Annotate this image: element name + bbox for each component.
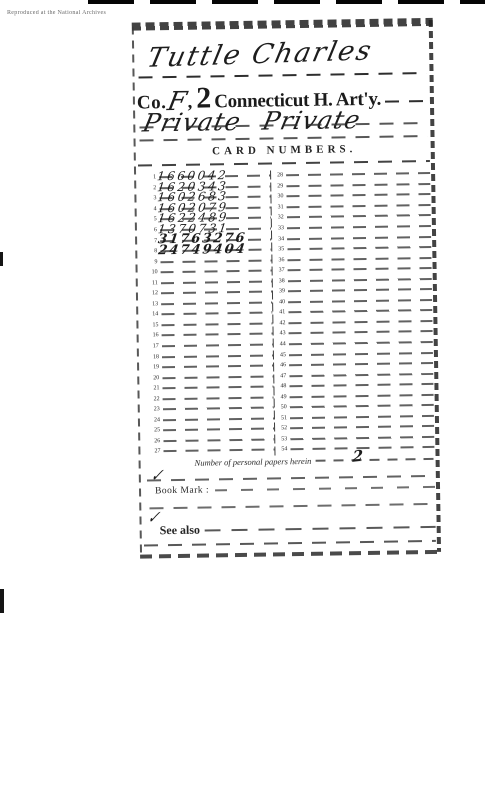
row-number: 30	[273, 194, 283, 200]
row-number: 19	[149, 364, 159, 370]
dashed-line	[286, 193, 430, 197]
card-numbers-column-right: 2829303132333435363738394041424344454647…	[273, 168, 434, 455]
row-number: 8	[147, 248, 157, 254]
row-number: 52	[277, 426, 287, 432]
row-number: 1	[146, 175, 156, 181]
scan-artifact	[0, 589, 4, 613]
see-also-line: See also	[160, 519, 436, 538]
row-number: 48	[276, 383, 286, 389]
row-number: 16	[149, 333, 159, 339]
rank-line: Private Private	[140, 104, 430, 138]
dashed-line	[289, 383, 433, 387]
handwritten-rank-out: Private	[260, 105, 364, 136]
dashed-line	[287, 214, 431, 218]
row-number: 49	[277, 394, 287, 400]
row-number: 43	[276, 331, 286, 337]
row-number: 20	[149, 375, 159, 381]
row-number: 13	[148, 301, 158, 307]
dashed-line	[288, 288, 432, 292]
row-number: 41	[275, 310, 285, 316]
row-number: 39	[275, 289, 285, 295]
dashed-line	[205, 525, 436, 531]
row-number: 36	[274, 257, 284, 263]
dashed-line	[163, 407, 274, 411]
name-underline	[139, 72, 427, 79]
see-also-label: See also	[160, 523, 201, 539]
row-number: 29	[273, 183, 283, 189]
row-number: 40	[275, 299, 285, 305]
dashed-line	[287, 225, 431, 229]
row-number: 25	[150, 428, 160, 434]
row-number: 37	[275, 267, 285, 273]
row-number: 34	[274, 236, 284, 242]
row-number: 44	[276, 341, 286, 347]
row-number: 3	[146, 196, 156, 202]
handwritten-soldier-name: Tuttle Charles	[144, 33, 432, 73]
dashed-line	[288, 267, 432, 271]
dashed-line	[287, 204, 431, 208]
card-bottom-edge	[140, 550, 441, 559]
scan-edge-black-bar	[88, 0, 485, 4]
dashed-rule	[144, 540, 436, 547]
dashed-line	[289, 341, 433, 345]
row-number: 31	[274, 204, 284, 210]
personal-papers-line: Number of personal papers herein 2	[195, 454, 435, 468]
row-number: 51	[277, 415, 287, 421]
row-number: 6	[147, 227, 157, 233]
dashed-line	[287, 236, 431, 240]
dashed-line	[163, 396, 274, 400]
row-number: 45	[276, 352, 286, 358]
scanned-service-record-page: { "stamp": { "text": "Reproduced at the …	[0, 0, 485, 800]
handwritten-tick-mark: ✓	[149, 465, 164, 486]
row-number: 18	[149, 354, 159, 360]
dashed-line	[162, 343, 273, 347]
row-number: 38	[275, 278, 285, 284]
dashed-line	[162, 375, 273, 379]
dashed-line	[163, 417, 274, 421]
dashed-line	[289, 352, 433, 356]
book-mark-line: Book Mark :	[155, 482, 435, 496]
dashed-line	[289, 330, 433, 334]
dashed-line	[286, 172, 430, 176]
row-number: 9	[147, 259, 157, 265]
dashed-line	[286, 183, 430, 187]
row-number: 35	[274, 246, 284, 252]
row-number: 33	[274, 225, 284, 231]
dashed-line	[315, 458, 434, 462]
handwritten-rank-in: Private	[140, 107, 244, 138]
row-number: 54	[277, 447, 287, 453]
dashed-line	[161, 301, 272, 305]
card-numbers-column-left: 1166004221620343316026834160207951622489…	[146, 170, 274, 457]
card-top-edge	[132, 18, 433, 31]
dashed-line	[288, 278, 432, 282]
dashed-line	[290, 415, 434, 419]
dashed-line	[288, 309, 432, 313]
row-number: 12	[148, 291, 158, 297]
dashed-line	[290, 425, 434, 429]
row-number: 32	[274, 215, 284, 221]
dashed-line	[288, 299, 432, 303]
row-number: 53	[277, 436, 287, 442]
dashed-line	[289, 362, 433, 366]
personal-papers-label: Number of personal papers herein	[195, 456, 312, 468]
row-number: 47	[276, 373, 286, 379]
dashed-line	[290, 394, 434, 398]
service-record-card: Tuttle Charles Co. F , 2 Connecticut H. …	[132, 18, 441, 559]
dashed-line	[288, 320, 432, 324]
dashed-line	[162, 386, 273, 390]
dashed-rule	[147, 475, 435, 482]
dashed-line	[161, 312, 272, 316]
scan-artifact	[0, 252, 3, 266]
dashed-line	[290, 404, 434, 408]
dashed-line	[215, 486, 435, 491]
dashed-line	[287, 246, 431, 250]
row-number: 17	[149, 343, 159, 349]
dashed-line	[287, 257, 431, 261]
dashed-line	[163, 428, 274, 432]
dashed-line	[162, 365, 273, 369]
row-number: 26	[150, 438, 160, 444]
row-number: 27	[150, 449, 160, 455]
row-number: 24	[150, 417, 160, 423]
row-number: 11	[148, 280, 158, 286]
row-number: 28	[273, 173, 283, 179]
row-number: 42	[275, 320, 285, 326]
dashed-line	[160, 259, 271, 263]
row-number: 21	[149, 385, 159, 391]
dashed-line	[163, 449, 274, 453]
dashed-line	[163, 438, 274, 442]
archives-stamp: Reproduced at the National Archives	[7, 10, 106, 16]
dashed-line	[161, 322, 272, 326]
row-number: 5	[147, 217, 157, 223]
row-number: 4	[147, 206, 157, 212]
row-number: 2	[146, 185, 156, 191]
dashed-line	[161, 280, 272, 284]
card-number-row: 27	[150, 445, 274, 457]
row-number: 7	[147, 238, 157, 244]
row-number: 15	[148, 322, 158, 328]
table-top-rule	[138, 160, 430, 167]
row-number: 46	[276, 362, 286, 368]
row-number: 23	[150, 407, 160, 413]
row-number: 10	[148, 269, 158, 275]
dashed-line	[162, 333, 273, 337]
dashed-rule	[149, 503, 435, 509]
handwritten-papers-count: 2	[352, 446, 363, 466]
row-number: 22	[150, 396, 160, 402]
row-number: 50	[277, 405, 287, 411]
book-mark-label: Book Mark :	[155, 485, 209, 496]
dashed-line	[161, 270, 272, 274]
dashed-line	[161, 291, 272, 295]
dashed-line	[162, 354, 273, 358]
dashed-line	[289, 373, 433, 377]
card-numbers-heading: CARD NUMBERS.	[134, 142, 435, 159]
dashed-line	[290, 436, 434, 440]
row-number: 14	[148, 312, 158, 318]
